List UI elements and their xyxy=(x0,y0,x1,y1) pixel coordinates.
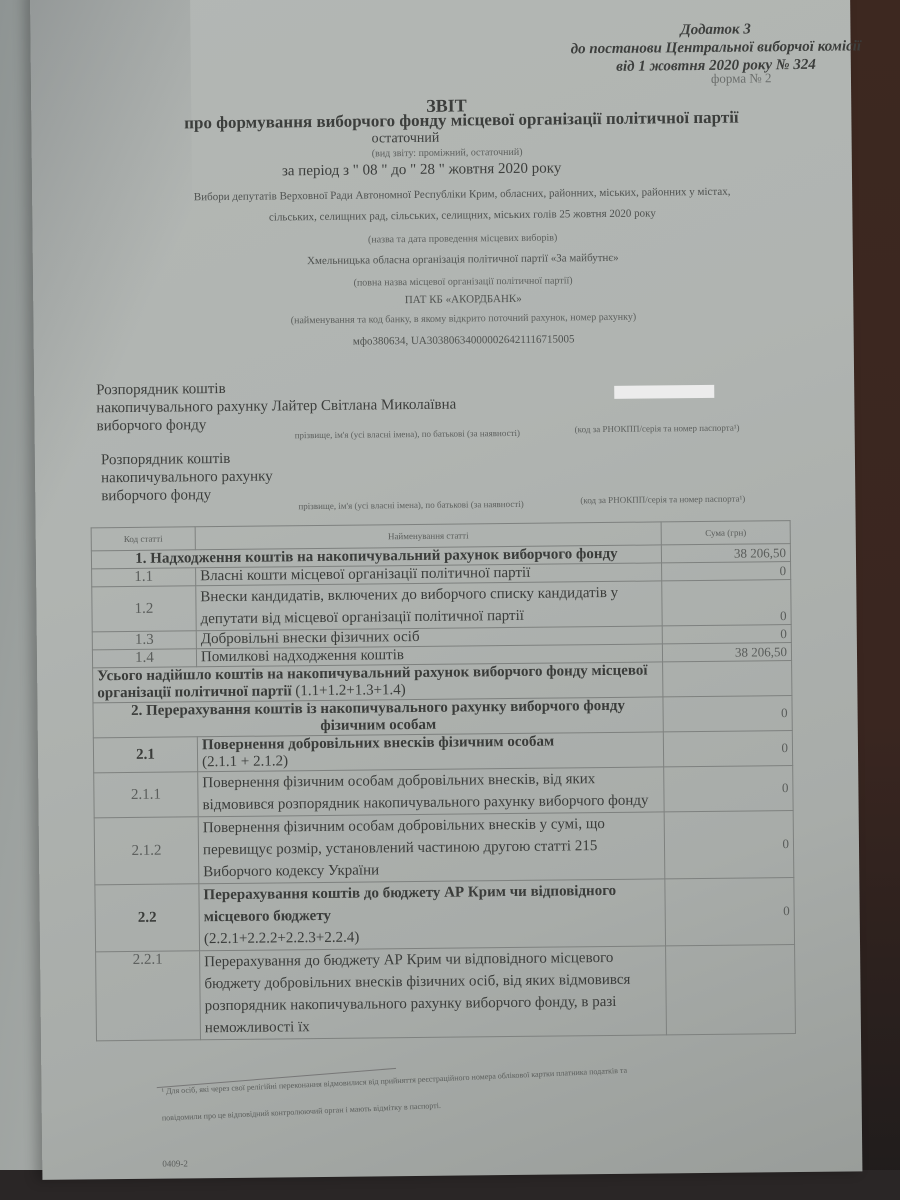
manager-label: накопичувального рахунку xyxy=(101,467,273,487)
row-code: 2.2 xyxy=(95,884,200,952)
row-name-bold: Перерахування коштів до бюджету АР Крим … xyxy=(203,883,616,925)
manager-2: Розпорядник коштів накопичувального раху… xyxy=(101,449,273,505)
footer-code: 0409-2 xyxy=(162,1158,188,1168)
table-row: 2.2 Перерахування коштів до бюджету АР К… xyxy=(95,878,795,952)
row-sum: 0 xyxy=(662,562,791,581)
row-sum: 0 xyxy=(664,811,794,879)
table-row: 1.2 Внески кандидатів, включених до вибо… xyxy=(92,580,791,632)
row-sum xyxy=(666,945,796,1035)
bank-name: ПАТ КБ «АКОРДБАНК» xyxy=(103,290,823,310)
elections-line-1: Вибори депутатів Верховної Ради Автономн… xyxy=(102,185,822,205)
manager-label: Розпорядник коштів xyxy=(101,449,273,469)
appendix-line: до постанови Центральної виборчої комісі… xyxy=(571,37,862,58)
bank-hint: (найменування та код банку, в якому відк… xyxy=(103,310,823,329)
row-code: 1.2 xyxy=(92,586,196,632)
report-kind-hint: (вид звіту: проміжний, остаточний) xyxy=(372,147,523,160)
report-subtitle: про формування виборчого фонду місцевої … xyxy=(91,107,831,135)
row-formula: (2.2.1+2.2.2+2.2.3+2.2.4) xyxy=(204,930,360,948)
row-code: 1.3 xyxy=(92,631,196,650)
row-name: Повернення фізичним особам добровільних … xyxy=(198,812,665,884)
manager-2-name-hint: прізвище, ім'я (усі власні імена), по ба… xyxy=(298,499,523,511)
report-kind: остаточний xyxy=(371,131,439,148)
appendix-header: Додаток 3 до постанови Центральної вибор… xyxy=(570,19,861,76)
row-name-bold: Повернення добровільних внесків фізичним… xyxy=(202,734,554,754)
table-row: 2.1.1 Повернення фізичним особам доброві… xyxy=(94,766,793,818)
manager-1-name-hint: прізвище, ім'я (усі власні імена), по ба… xyxy=(295,428,520,440)
report-table: Код статті Найменування статті Сума (грн… xyxy=(91,520,796,1041)
row-code: 1.1 xyxy=(92,568,196,587)
header-code: Код статті xyxy=(91,527,195,551)
section-1-sum: 38 206,50 xyxy=(661,544,790,563)
report-period: за період з " 08 " до " 28 " жовтня 2020… xyxy=(282,160,562,180)
table-row: 2.2.1 Перерахування до бюджету АР Крим ч… xyxy=(96,945,796,1041)
row-code: 2.1 xyxy=(93,737,197,773)
manager-2-id-hint: (код за РНОКПП/серія та номер паспорта¹) xyxy=(580,494,745,506)
row-formula: (2.1.1 + 2.1.2) xyxy=(202,753,288,770)
row-name: Перерахування коштів до бюджету АР Крим … xyxy=(199,879,666,951)
table-row: 2.1.2 Повернення фізичним особам доброві… xyxy=(94,811,794,885)
organization-hint: (повна назва місцевої організації політи… xyxy=(103,273,823,292)
row-name: Повернення добровільних внесків фізичним… xyxy=(197,732,663,772)
row-sum: 0 xyxy=(665,878,795,946)
row-code: 2.1.2 xyxy=(94,817,199,885)
section-2-title: 2. Перерахування коштів із накопичувальн… xyxy=(93,697,663,738)
manager-1: Розпорядник коштів накопичувального раху… xyxy=(96,378,456,436)
elections-hint: (назва та дата проведення місцевих вибор… xyxy=(103,230,823,249)
row-sum: 0 xyxy=(662,580,791,626)
row-code: 2.1.1 xyxy=(94,772,198,818)
manager-label: накопичувального рахунку xyxy=(96,399,268,417)
row-sum: 0 xyxy=(662,625,791,644)
bank-account: мфо380634, UA303806340000026421116715005 xyxy=(104,331,824,351)
total-1-formula: (1.1+1.2+1.3+1.4) xyxy=(295,682,406,699)
row-name: Внески кандидатів, включених до виборчог… xyxy=(196,581,662,631)
section-2-sum: 0 xyxy=(663,696,792,732)
row-code: 1.4 xyxy=(92,649,196,668)
manager-label: виборчого фонду xyxy=(101,485,273,505)
row-name: Перерахування до бюджету АР Крим чи відп… xyxy=(200,946,667,1040)
manager-1-id-hint: (код за РНОКПП/серія та номер паспорта¹) xyxy=(575,423,740,435)
form-number: форма № 2 xyxy=(711,70,772,87)
total-1-label: Усього надійшло коштів на накопичувальни… xyxy=(93,662,663,703)
footnote-line-2: повідомили про це відповідний контролююч… xyxy=(162,1101,441,1123)
header-sum: Сума (грн) xyxy=(661,521,790,545)
redacted-id xyxy=(614,385,714,399)
row-code: 2.2.1 xyxy=(96,951,201,1041)
total-1-sum xyxy=(663,661,792,697)
manager-name: Лайтер Світлана Миколаївна xyxy=(272,397,457,415)
row-sum: 0 xyxy=(663,731,792,767)
row-sum: 0 xyxy=(664,766,793,812)
elections-line-2: сільських, селищних рад, сільських, сели… xyxy=(102,206,822,226)
organization-name: Хмельницька обласна організація політичн… xyxy=(103,250,823,270)
document-page: Додаток 3 до постанови Центральної вибор… xyxy=(30,0,862,1180)
row-sum: 38 206,50 xyxy=(662,643,791,662)
row-name: Повернення фізичним особам добровільних … xyxy=(198,767,664,817)
